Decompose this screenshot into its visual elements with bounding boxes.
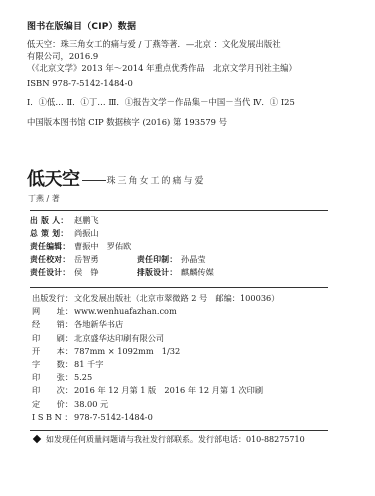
pub-value: 81 千字 [74, 359, 103, 369]
credits-section: 出 版 人：赵鹏飞 总 策 划：尚振山 责任编辑：曹振中 罗佑欧 责任校对：岳智… [30, 214, 131, 279]
pub-row: 印 次：2016 年 12 月第 1 版 2016 年 12 月第 1 次印刷 [32, 384, 279, 397]
pub-value-isbn: 978-7-5142-1484-0 [74, 412, 153, 422]
notice-text: 如发现任何质量问题请与我社发行部联系。发行部电话：010-88275710 [46, 435, 305, 444]
credit-second-column: 责任印制：孙晶莹 [137, 253, 206, 266]
divider [30, 287, 328, 288]
credit-value: 岳智勇 [74, 253, 99, 266]
pub-row: 印 张：5.25 [32, 371, 279, 384]
pub-row: 定 价：38.00 元 [32, 398, 279, 411]
credit-value: 孙晶莹 [181, 253, 206, 266]
pub-value: 787mm × 1092mm 1/32 [74, 346, 180, 356]
cip-description: 低天空：珠三角女工的痛与爱 / 丁燕等著．—北京 ：文化发展出版社 有限公司，2… [27, 38, 297, 74]
cip-description-line: （《北京文学》2013 年～2014 年重点优秀作品 北京文学月刊社主编） [27, 62, 297, 74]
credit-label: 责任编辑： [30, 240, 74, 253]
credit-row: 责任校对：岳智勇 责任印制：孙晶莹 [30, 253, 131, 266]
pub-label: 印 刷： [32, 332, 74, 345]
cip-isbn: ISBN 978-7-5142-1484-0 [27, 77, 133, 89]
pub-label: 印 次： [32, 384, 74, 397]
pub-value: 北京盛华达印刷有限公司 [74, 333, 164, 343]
pub-value: 文化发展出版社（北京市翠微路 2 号 邮编：100036） [74, 293, 279, 303]
pub-label: 网 址： [32, 305, 74, 318]
cip-heading: 图书在版编目（CIP）数据 [27, 19, 136, 32]
pub-label: I S B N ： [32, 411, 74, 424]
pub-label: 字 数： [32, 358, 74, 371]
pub-value: 38.00 元 [74, 399, 108, 409]
credit-value: 赵鹏飞 [74, 214, 99, 227]
pub-label: 出版发行： [32, 292, 74, 305]
book-title-main: 低天空 [27, 169, 80, 190]
credit-value: 侯 铮 [74, 266, 99, 279]
credit-label: 责任设计： [30, 266, 74, 279]
publication-info: 出版发行：文化发展出版社（北京市翠微路 2 号 邮编：100036） 网 址：w… [32, 292, 279, 424]
pub-row: 字 数：81 千字 [32, 358, 279, 371]
credit-row: 责任编辑：曹振中 罗佑欧 [30, 240, 131, 253]
credit-value: 尚振山 [74, 227, 99, 240]
cip-description-line: 低天空：珠三角女工的痛与爱 / 丁燕等著．—北京 ：文化发展出版社 [27, 38, 297, 50]
pub-value-website: www.wenhuafazhan.com [74, 306, 177, 316]
credit-label: 总 策 划： [30, 227, 74, 240]
pub-row: 开 本：787mm × 1092mm 1/32 [32, 345, 279, 358]
divider [30, 430, 328, 431]
diamond-bullet-icon [33, 435, 41, 443]
credit-second-column: 排版设计：麒麟传媒 [137, 266, 214, 279]
cip-classification: Ⅰ．①低… Ⅱ．①丁… Ⅲ．①报告文学－作品集－中国－当代 Ⅳ．① I25 [27, 96, 295, 108]
book-subtitle: 珠三角女工的痛与爱 [107, 177, 206, 187]
pub-row: 印 刷：北京盛华达印刷有限公司 [32, 332, 279, 345]
credit-row: 出 版 人：赵鹏飞 [30, 214, 131, 227]
pub-value: 各地新华书店 [74, 319, 123, 329]
cip-number: 中国版本图书馆 CIP 数据核字 (2016) 第 193579 号 [27, 116, 227, 128]
pub-value: 5.25 [74, 372, 92, 382]
pub-row: I S B N ：978-7-5142-1484-0 [32, 411, 279, 424]
pub-label: 定 价： [32, 398, 74, 411]
credit-label: 责任印制： [137, 253, 181, 266]
cip-description-line: 有限公司，2016.9 [27, 50, 297, 62]
divider [30, 210, 328, 211]
book-title: 低天空珠三角女工的痛与爱 [27, 165, 206, 191]
pub-row: 经 销：各地新华书店 [32, 318, 279, 331]
pub-row: 网 址：www.wenhuafazhan.com [32, 305, 279, 318]
pub-value: 2016 年 12 月第 1 版 2016 年 12 月第 1 次印刷 [74, 385, 263, 395]
title-dash [82, 180, 106, 181]
quality-notice: 如发现任何质量问题请与我社发行部联系。发行部电话：010-88275710 [34, 434, 305, 445]
pub-row: 出版发行：文化发展出版社（北京市翠微路 2 号 邮编：100036） [32, 292, 279, 305]
pub-label: 开 本： [32, 345, 74, 358]
credit-label: 责任校对： [30, 253, 74, 266]
pub-label: 经 销： [32, 318, 74, 331]
pub-label: 印 张： [32, 371, 74, 384]
credit-label: 出 版 人： [30, 214, 74, 227]
book-author: 丁燕 / 著 [28, 193, 60, 204]
credit-value: 曹振中 罗佑欧 [74, 240, 131, 253]
copyright-page: 图书在版编目（CIP）数据 低天空：珠三角女工的痛与爱 / 丁燕等著．—北京 ：… [0, 0, 375, 496]
credit-value: 麒麟传媒 [181, 266, 214, 279]
credit-row: 总 策 划：尚振山 [30, 227, 131, 240]
credit-label: 排版设计： [137, 266, 181, 279]
credit-row: 责任设计：侯 铮 排版设计：麒麟传媒 [30, 266, 131, 279]
